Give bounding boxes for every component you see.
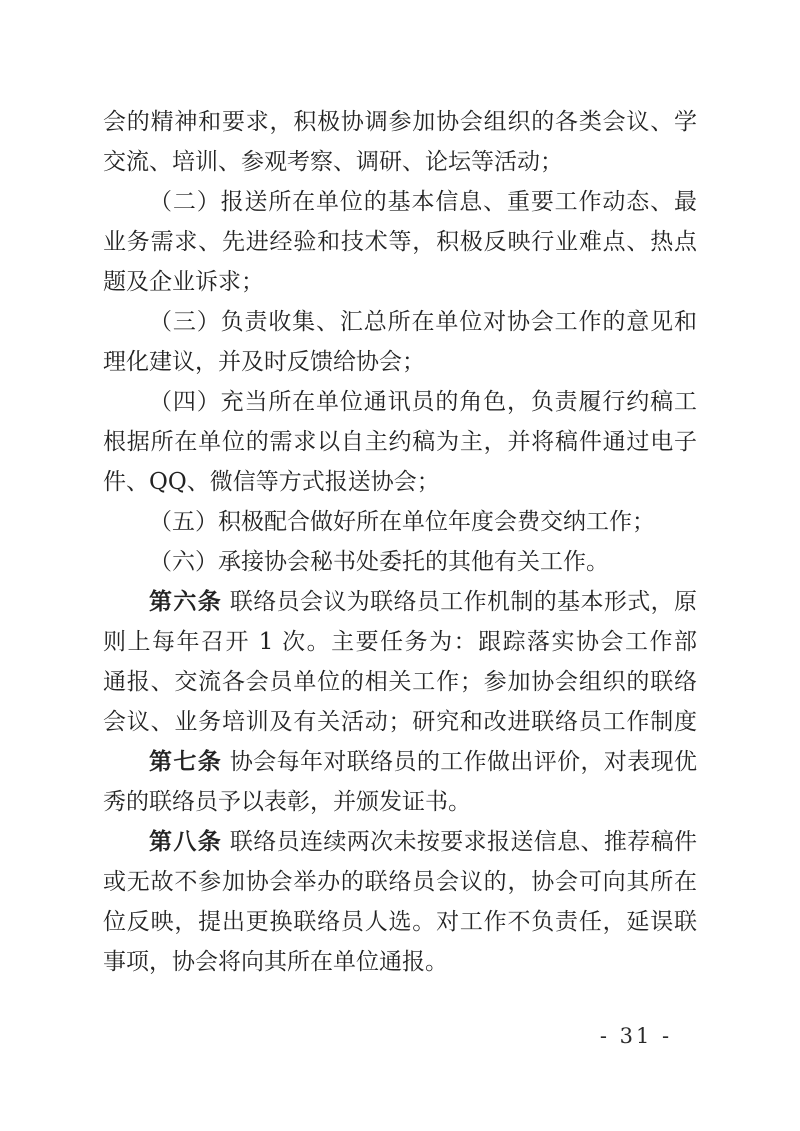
- text-line: 理化建议，并及时反馈给协会；: [103, 342, 697, 382]
- text-line: 则上每年召开 1 次。主要任务为：跟踪落实协会工作部署；: [103, 622, 697, 662]
- text-line: （二）报送所在单位的基本信息、重要工作动态、最新: [103, 182, 697, 222]
- text-line: 件、QQ、微信等方式报送协会；: [103, 462, 697, 502]
- text-line: 通报、交流各会员单位的相关工作；参加协会组织的联络员: [103, 662, 697, 702]
- paragraph: （四）充当所在单位通讯员的角色，负责履行约稿工作，根据所在单位的需求以自主约稿为…: [103, 382, 697, 502]
- text-line: 会议、业务培训及有关活动；研究和改进联络员工作制度等。: [103, 702, 697, 742]
- text-line: 或无故不参加协会举办的联络员会议的，协会可向其所在单: [103, 862, 697, 902]
- text-line: 位反映，提出更换联络员人选。对工作不负责任，延误联络: [103, 902, 697, 942]
- article-number: 第六条: [149, 588, 222, 615]
- text-line: （六）承接协会秘书处委托的其他有关工作。: [103, 542, 697, 582]
- text-line: 根据所在单位的需求以自主约稿为主，并将稿件通过电子邮: [103, 422, 697, 462]
- text-line: 交流、培训、参观考察、调研、论坛等活动；: [103, 142, 697, 182]
- text-line: 第八条 联络员连续两次未按要求报送信息、推荐稿件: [103, 822, 697, 862]
- paragraph: 第六条 联络员会议为联络员工作机制的基本形式，原则上每年召开 1 次。主要任务为…: [103, 582, 697, 742]
- article-number: 第八条: [149, 828, 222, 855]
- text-line: 秀的联络员予以表彰，并颁发证书。: [103, 782, 697, 822]
- page-number: - 31 -: [596, 1024, 676, 1048]
- article-number: 第七条: [149, 748, 222, 775]
- text-line: （三）负责收集、汇总所在单位对协会工作的意见和合: [103, 302, 697, 342]
- text-line: 事项，协会将向其所在单位通报。: [103, 942, 697, 982]
- text-line: 第六条 联络员会议为联络员工作机制的基本形式，原: [103, 582, 697, 622]
- paragraph: （二）报送所在单位的基本信息、重要工作动态、最新业务需求、先进经验和技术等，积极…: [103, 182, 697, 302]
- text-line: （四）充当所在单位通讯员的角色，负责履行约稿工作，: [103, 382, 697, 422]
- text-line: （五）积极配合做好所在单位年度会费交纳工作；: [103, 502, 697, 542]
- text-line: 业务需求、先进经验和技术等，积极反映行业难点、热点问: [103, 222, 697, 262]
- paragraph: 会的精神和要求，积极协调参加协会组织的各类会议、学术交流、培训、参观考察、调研、…: [103, 102, 697, 182]
- document-page: 会的精神和要求，积极协调参加协会组织的各类会议、学术交流、培训、参观考察、调研、…: [0, 0, 800, 1131]
- text-line: 会的精神和要求，积极协调参加协会组织的各类会议、学术: [103, 102, 697, 142]
- text-line: 第七条 协会每年对联络员的工作做出评价，对表现优: [103, 742, 697, 782]
- paragraph: （六）承接协会秘书处委托的其他有关工作。: [103, 542, 697, 582]
- paragraph: （五）积极配合做好所在单位年度会费交纳工作；: [103, 502, 697, 542]
- paragraph: （三）负责收集、汇总所在单位对协会工作的意见和合理化建议，并及时反馈给协会；: [103, 302, 697, 382]
- paragraph: 第八条 联络员连续两次未按要求报送信息、推荐稿件或无故不参加协会举办的联络员会议…: [103, 822, 697, 982]
- document-body: 会的精神和要求，积极协调参加协会组织的各类会议、学术交流、培训、参观考察、调研、…: [103, 102, 697, 982]
- paragraph: 第七条 协会每年对联络员的工作做出评价，对表现优秀的联络员予以表彰，并颁发证书。: [103, 742, 697, 822]
- text-line: 题及企业诉求；: [103, 262, 697, 302]
